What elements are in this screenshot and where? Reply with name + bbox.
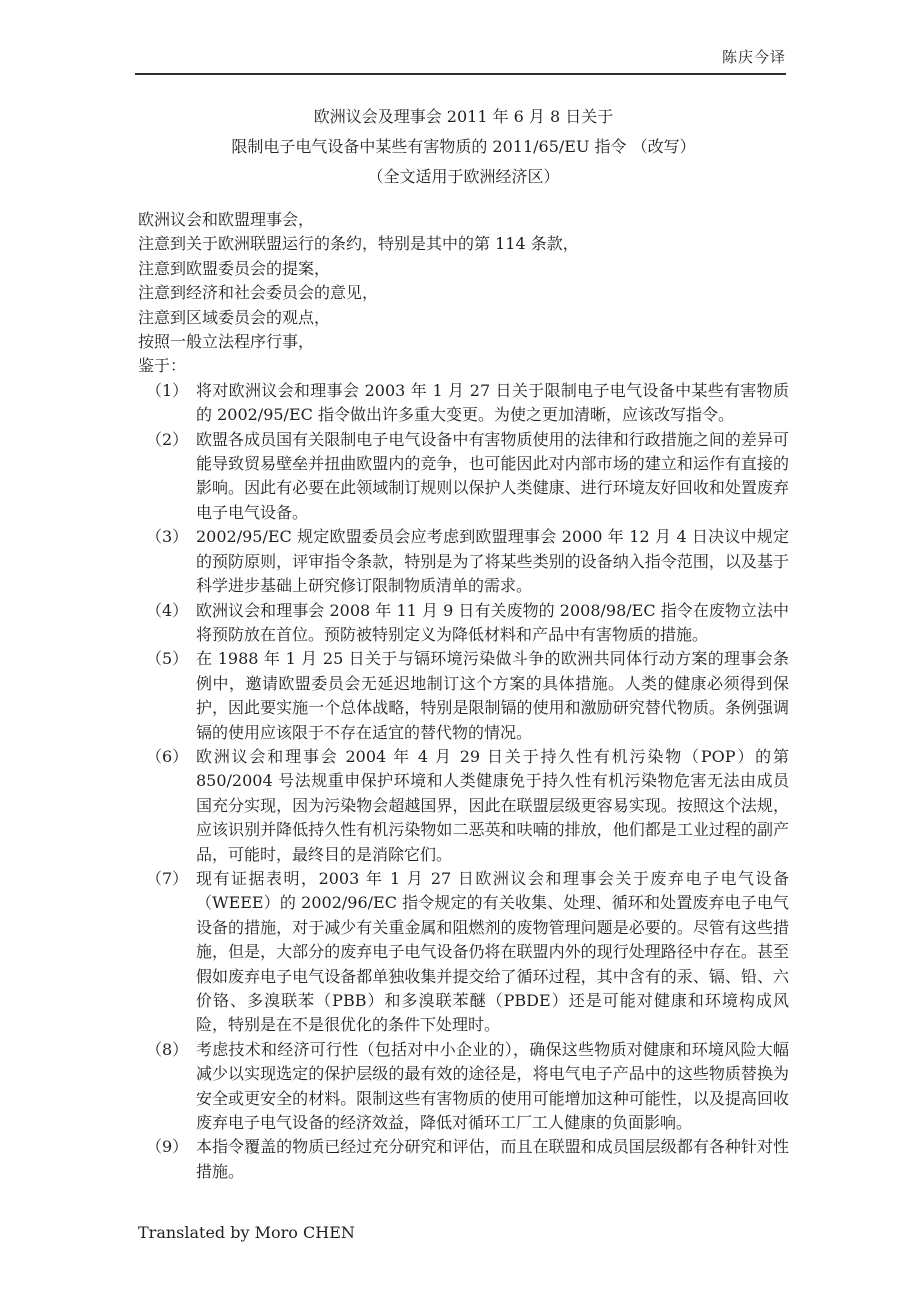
recital-item-1: （1）将对欧洲议会和理事会 2003 年 1 月 27 日关于限制电子电气设备中… (138, 379, 789, 428)
recital-number: （9） (146, 1135, 188, 1159)
recital-text: 欧洲议会和理事会 2004 年 4 月 29 日关于持久性有机污染物（POP）的… (196, 747, 789, 864)
document-title: 欧洲议会及理事会 2011 年 6 月 8 日关于 限制电子电气设备中某些有害物… (138, 102, 789, 192)
recital-item-5: （5）在 1988 年 1 月 25 日关于与镉环境污染做斗争的欧洲共同体行动方… (138, 647, 789, 745)
recital-number: （1） (146, 379, 188, 403)
title-line-2: 限制电子电气设备中某些有害物质的 2011/65/EU 指令 （改写） (138, 132, 789, 162)
recital-text: 欧洲议会和理事会 2008 年 11 月 9 日有关废物的 2008/98/EC… (196, 601, 789, 644)
recital-item-3: （3）2002/95/EC 规定欧盟委员会应考虑到欧盟理事会 2000 年 12… (138, 525, 789, 598)
recital-number: （8） (146, 1038, 188, 1062)
preamble-line-whereas: 鉴于： (138, 354, 789, 378)
recital-number: （4） (146, 599, 188, 623)
recital-list: （1）将对欧洲议会和理事会 2003 年 1 月 27 日关于限制电子电气设备中… (138, 379, 789, 1184)
recital-number: （2） (146, 428, 188, 452)
recital-text: 本指令覆盖的物质已经过充分研究和评估，而且在联盟和成员国层级都有各种针对性措施。 (196, 1137, 789, 1180)
recital-text: 在 1988 年 1 月 25 日关于与镉环境污染做斗争的欧洲共同体行动方案的理… (196, 649, 789, 741)
recital-item-8: （8）考虑技术和经济可行性（包括对中小企业的），确保这些物质对健康和环境风险大幅… (138, 1038, 789, 1136)
recital-number: （7） (146, 867, 188, 891)
title-line-3: （全文适用于欧洲经济区） (138, 162, 789, 192)
title-line-1: 欧洲议会及理事会 2011 年 6 月 8 日关于 (138, 102, 789, 132)
preamble-line-cor-opinion: 注意到区域委员会的观点， (138, 306, 789, 330)
recital-text: 2002/95/EC 规定欧盟委员会应考虑到欧盟理事会 2000 年 12 月 … (196, 527, 789, 595)
recital-item-9: （9）本指令覆盖的物质已经过充分研究和评估，而且在联盟和成员国层级都有各种针对性… (138, 1135, 789, 1184)
preamble-line-procedure: 按照一般立法程序行事， (138, 330, 789, 354)
recital-item-4: （4）欧洲议会和理事会 2008 年 11 月 9 日有关废物的 2008/98… (138, 599, 789, 648)
document-page: 陈庆今译 欧洲议会及理事会 2011 年 6 月 8 日关于 限制电子电气设备中… (0, 0, 920, 1302)
recital-text: 将对欧洲议会和理事会 2003 年 1 月 27 日关于限制电子电气设备中某些有… (196, 381, 789, 424)
preamble-line-proposal: 注意到欧盟委员会的提案， (138, 257, 789, 281)
recital-number: （5） (146, 647, 188, 671)
recital-number: （3） (146, 525, 188, 549)
preamble: 欧洲议会和欧盟理事会， 注意到关于欧洲联盟运行的条约，特别是其中的第 114 条… (138, 208, 789, 379)
recital-text: 欧盟各成员国有关限制电子电气设备中有害物质使用的法律和行政措施之间的差异可能导致… (196, 430, 789, 522)
recital-item-7: （7）现有证据表明，2003 年 1 月 27 日欧洲议会和理事会关于废弃电子电… (138, 867, 789, 1038)
document-body: 欧洲议会及理事会 2011 年 6 月 8 日关于 限制电子电气设备中某些有害物… (138, 102, 789, 1184)
recital-text: 现有证据表明，2003 年 1 月 27 日欧洲议会和理事会关于废弃电子电气设备… (196, 869, 789, 1034)
preamble-line-parties: 欧洲议会和欧盟理事会， (138, 208, 789, 232)
translator-annotation: 陈庆今译 (0, 46, 786, 68)
footer-credit: Translated by Moro CHEN (138, 1222, 355, 1244)
recital-number: （6） (146, 745, 188, 769)
preamble-line-eesc-opinion: 注意到经济和社会委员会的意见， (138, 281, 789, 305)
recital-item-6: （6）欧洲议会和理事会 2004 年 4 月 29 日关于持久性有机污染物（PO… (138, 745, 789, 867)
header-divider (135, 73, 786, 75)
preamble-line-treaty: 注意到关于欧洲联盟运行的条约，特别是其中的第 114 条款， (138, 232, 789, 256)
recital-item-2: （2）欧盟各成员国有关限制电子电气设备中有害物质使用的法律和行政措施之间的差异可… (138, 428, 789, 526)
recital-text: 考虑技术和经济可行性（包括对中小企业的），确保这些物质对健康和环境风险大幅减少以… (196, 1040, 789, 1132)
